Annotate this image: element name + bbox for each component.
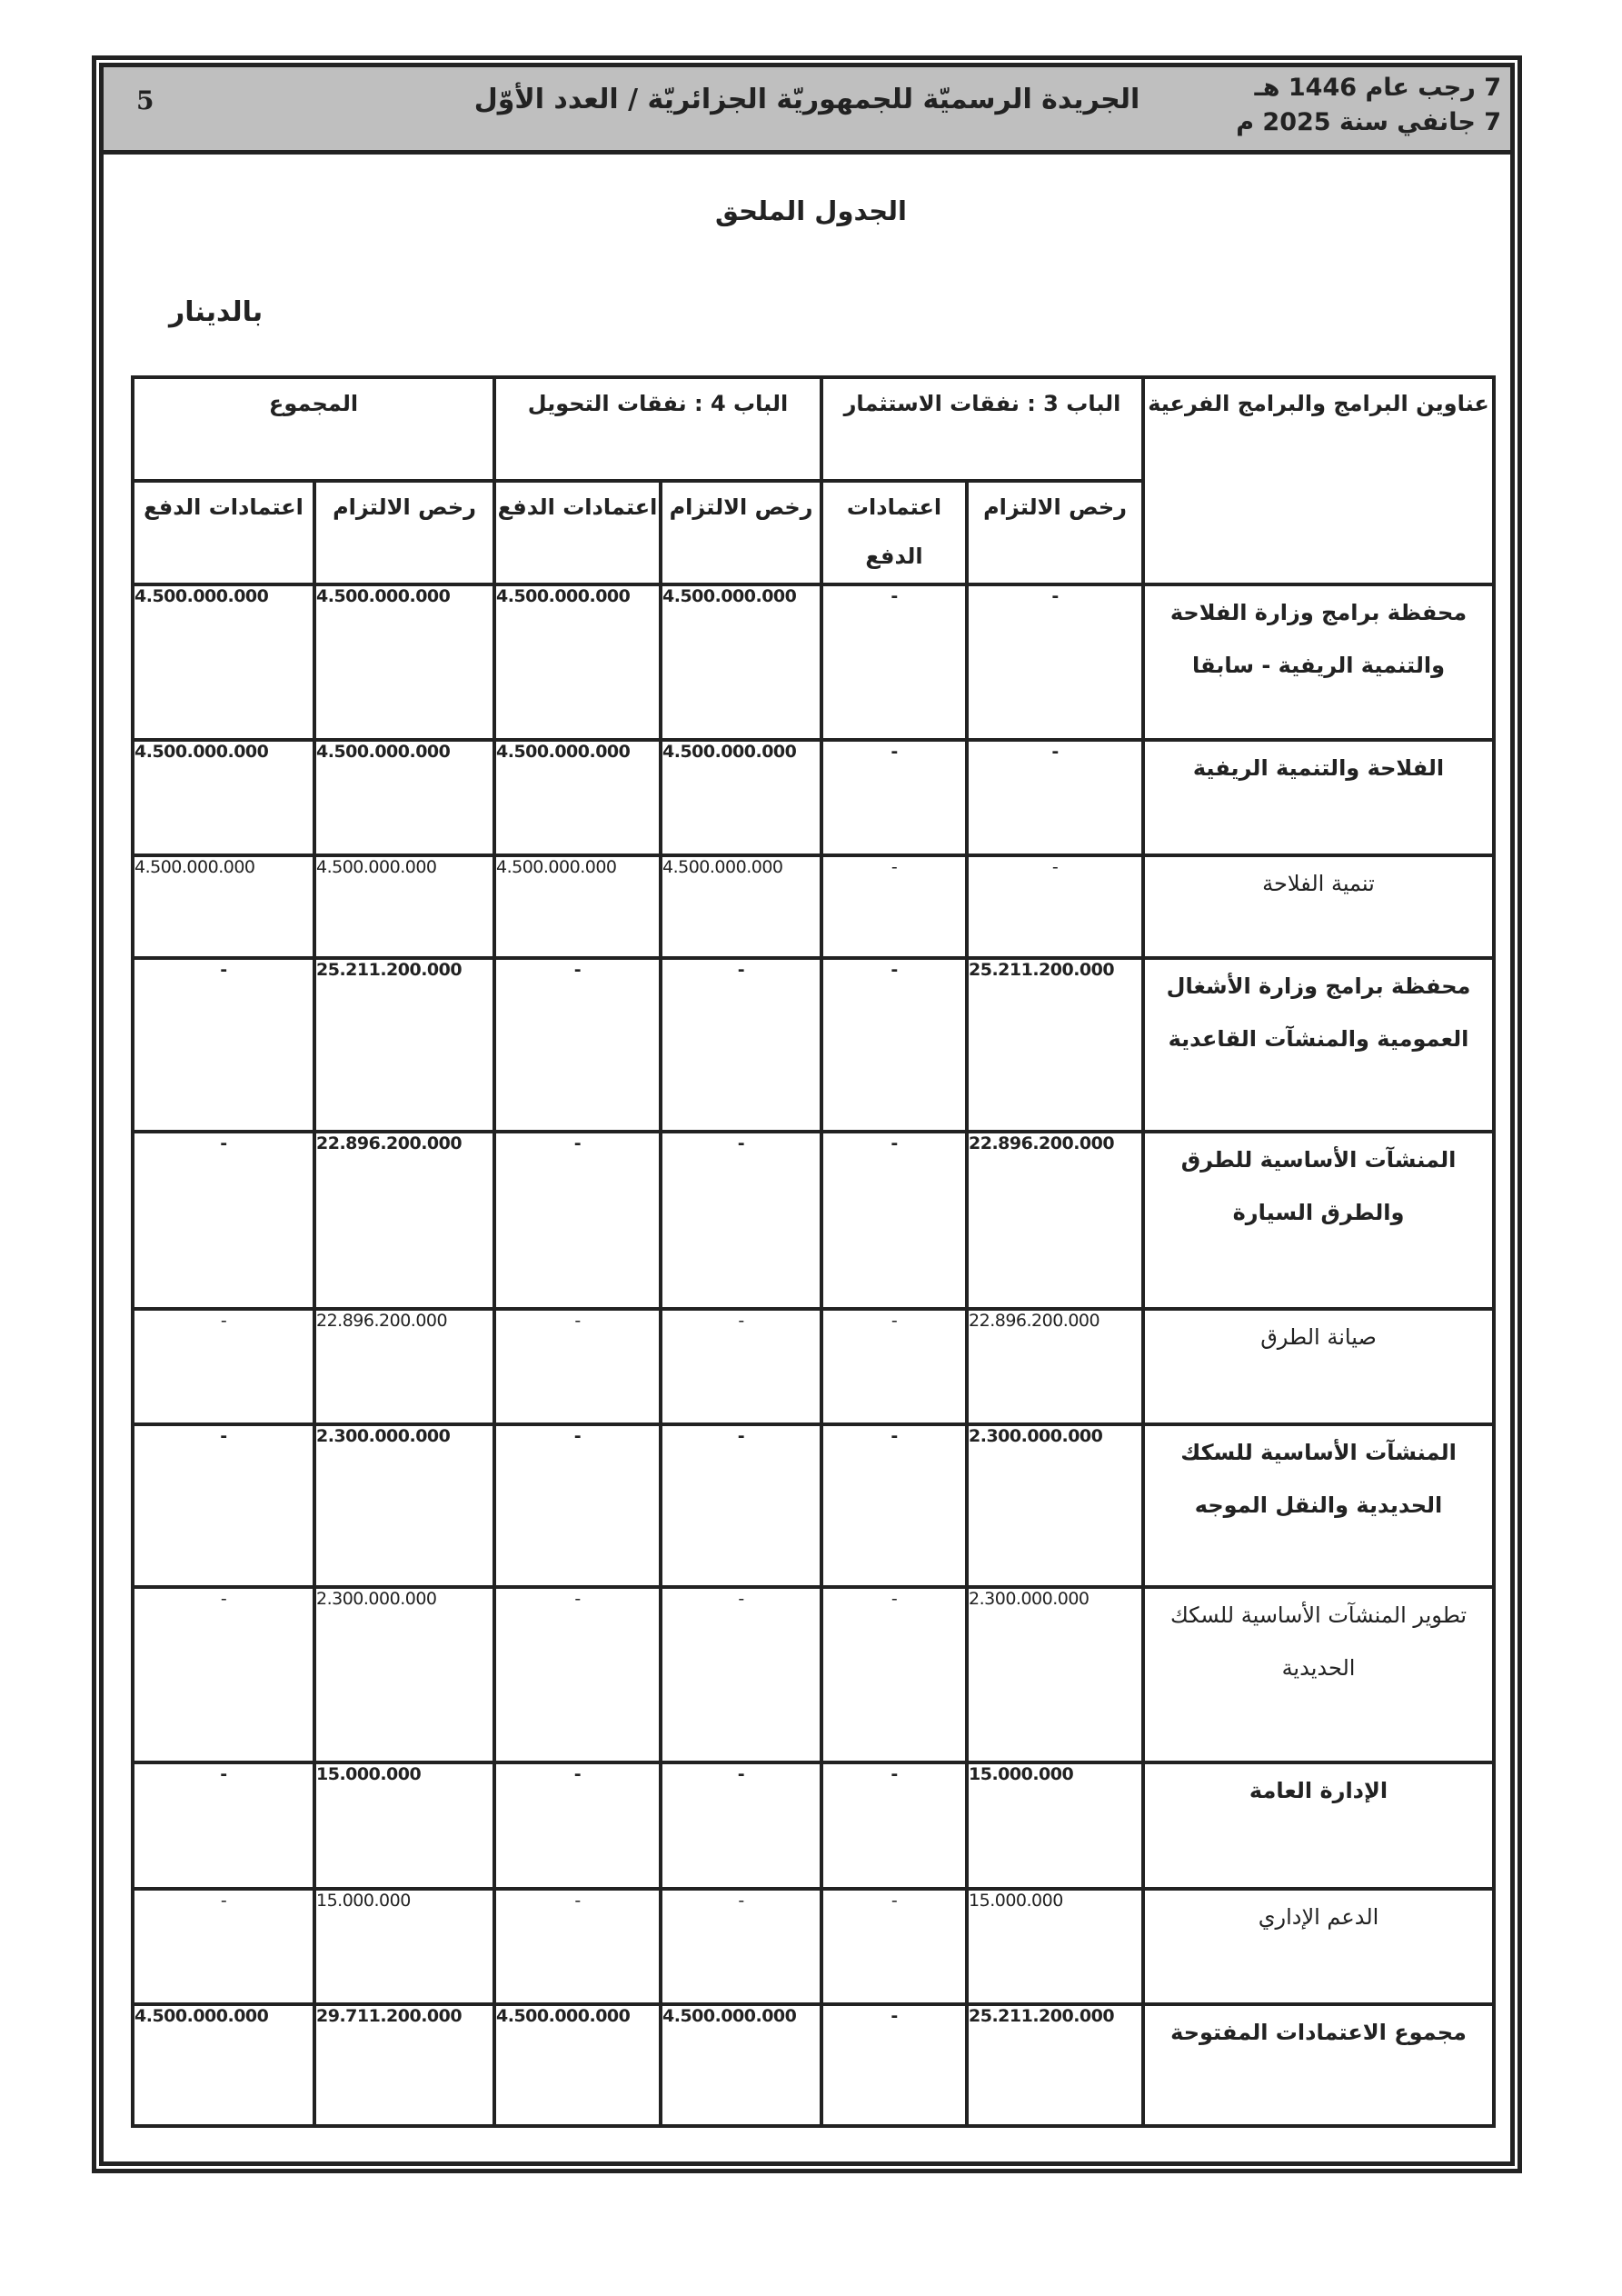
amount-cell-t3-commit: 25.211.200.000 bbox=[967, 2004, 1143, 2126]
amount-cell-t4-pay: - bbox=[494, 1587, 661, 1762]
amount-cell-total-commit: 25.211.200.000 bbox=[314, 958, 494, 1132]
amount-cell-t3-pay: - bbox=[821, 1424, 967, 1587]
amount-cell-t4-commit: 4.500.000.000 bbox=[661, 584, 821, 740]
amount-cell-t3-commit: - bbox=[967, 740, 1143, 855]
gazette-title: الجريدة الرسميّة للجمهوريّة الجزائريّة /… bbox=[104, 84, 1510, 115]
amount-cell-t3-pay: - bbox=[821, 584, 967, 740]
header-t4-payment: اعتمادات الدفع bbox=[494, 481, 661, 584]
header-total-commitment: رخص الالتزام bbox=[314, 481, 494, 584]
amount-cell-total-pay: - bbox=[133, 1309, 314, 1424]
programme-name-cell: محفظة برامج وزارة الأشغال العمومية والمن… bbox=[1143, 958, 1494, 1132]
amount-cell-total-pay: - bbox=[133, 1889, 314, 2004]
header-title3-investment: الباب 3 : نفقات الاستثمار bbox=[821, 377, 1143, 481]
amount-cell-total-commit: 15.000.000 bbox=[314, 1762, 494, 1889]
table-row: مجموع الاعتمادات المفتوحة25.211.200.000-… bbox=[133, 2004, 1494, 2126]
header-t4-commitment: رخص الالتزام bbox=[661, 481, 821, 584]
amount-cell-t3-pay: - bbox=[821, 855, 967, 958]
header-t3-commitment: رخص الالتزام bbox=[967, 481, 1143, 584]
amount-cell-t4-commit: - bbox=[661, 1762, 821, 1889]
amount-cell-t4-commit: 4.500.000.000 bbox=[661, 740, 821, 855]
amount-cell-t3-commit: - bbox=[967, 855, 1143, 958]
programme-name-cell: تطوير المنشآت الأساسية للسكك الحديدية bbox=[1143, 1587, 1494, 1762]
amount-cell-t3-pay: - bbox=[821, 2004, 967, 2126]
amount-cell-t4-pay: - bbox=[494, 1762, 661, 1889]
programme-name-cell: محفظة برامج وزارة الفلاحة والتنمية الريف… bbox=[1143, 584, 1494, 740]
amount-cell-total-commit: 4.500.000.000 bbox=[314, 855, 494, 958]
programme-name-cell: الفلاحة والتنمية الريفية bbox=[1143, 740, 1494, 855]
header-t3-payment: اعتمادات الدفع bbox=[821, 481, 967, 584]
amount-cell-t4-pay: 4.500.000.000 bbox=[494, 740, 661, 855]
header-total: المجموع bbox=[133, 377, 494, 481]
currency-unit-label: بالدينار bbox=[169, 296, 263, 328]
amount-cell-total-pay: - bbox=[133, 1132, 314, 1309]
programme-name-cell: المنشآت الأساسية للسكك الحديدية والنقل ا… bbox=[1143, 1424, 1494, 1587]
amount-cell-t4-commit: 4.500.000.000 bbox=[661, 855, 821, 958]
amount-cell-t3-commit: 22.896.200.000 bbox=[967, 1132, 1143, 1309]
amount-cell-total-commit: 2.300.000.000 bbox=[314, 1587, 494, 1762]
amount-cell-total-commit: 15.000.000 bbox=[314, 1889, 494, 2004]
table-row: محفظة برامج وزارة الأشغال العمومية والمن… bbox=[133, 958, 1494, 1132]
amount-cell-t3-commit: 25.211.200.000 bbox=[967, 958, 1143, 1132]
amount-cell-t4-commit: - bbox=[661, 1424, 821, 1587]
amount-cell-t4-pay: - bbox=[494, 1132, 661, 1309]
amount-cell-t3-commit: 15.000.000 bbox=[967, 1889, 1143, 2004]
amount-cell-total-commit: 2.300.000.000 bbox=[314, 1424, 494, 1587]
amount-cell-t3-pay: - bbox=[821, 1762, 967, 1889]
amount-cell-t4-pay: 4.500.000.000 bbox=[494, 855, 661, 958]
amount-cell-t3-pay: - bbox=[821, 740, 967, 855]
table-row: تنمية الفلاحة--4.500.000.0004.500.000.00… bbox=[133, 855, 1494, 958]
amount-cell-t4-pay: - bbox=[494, 1424, 661, 1587]
amount-cell-total-pay: 4.500.000.000 bbox=[133, 2004, 314, 2126]
programme-name-cell: الإدارة العامة bbox=[1143, 1762, 1494, 1889]
page-number: 5 bbox=[136, 85, 154, 115]
amount-cell-t4-commit: - bbox=[661, 958, 821, 1132]
amount-cell-t3-pay: - bbox=[821, 958, 967, 1132]
programme-name-cell: المنشآت الأساسية للطرق والطرق السيارة bbox=[1143, 1132, 1494, 1309]
amount-cell-total-pay: 4.500.000.000 bbox=[133, 584, 314, 740]
amount-cell-t4-pay: - bbox=[494, 1309, 661, 1424]
amount-cell-t4-commit: - bbox=[661, 1889, 821, 2004]
amount-cell-t4-pay: - bbox=[494, 1889, 661, 2004]
programme-name-cell: الدعم الإداري bbox=[1143, 1889, 1494, 2004]
amount-cell-total-pay: 4.500.000.000 bbox=[133, 740, 314, 855]
amount-cell-t4-commit: - bbox=[661, 1587, 821, 1762]
amount-cell-t3-pay: - bbox=[821, 1889, 967, 2004]
programme-name-cell: صيانة الطرق bbox=[1143, 1309, 1494, 1424]
amount-cell-t3-commit: 2.300.000.000 bbox=[967, 1587, 1143, 1762]
amount-cell-t3-commit: - bbox=[967, 584, 1143, 740]
amount-cell-total-commit: 22.896.200.000 bbox=[314, 1132, 494, 1309]
amount-cell-total-commit: 4.500.000.000 bbox=[314, 584, 494, 740]
table-row: صيانة الطرق22.896.200.000---22.896.200.0… bbox=[133, 1309, 1494, 1424]
table-row: الدعم الإداري15.000.000---15.000.000- bbox=[133, 1889, 1494, 2004]
amount-cell-t3-pay: - bbox=[821, 1132, 967, 1309]
amount-cell-t4-commit: 4.500.000.000 bbox=[661, 2004, 821, 2126]
table-row: المنشآت الأساسية للسكك الحديدية والنقل ا… bbox=[133, 1424, 1494, 1587]
amount-cell-t3-pay: - bbox=[821, 1587, 967, 1762]
amount-cell-t3-pay: - bbox=[821, 1309, 967, 1424]
table-row: الإدارة العامة15.000.000---15.000.000- bbox=[133, 1762, 1494, 1889]
amount-cell-t4-commit: - bbox=[661, 1309, 821, 1424]
amount-cell-total-commit: 4.500.000.000 bbox=[314, 740, 494, 855]
amount-cell-t4-pay: - bbox=[494, 958, 661, 1132]
amount-cell-t4-pay: 4.500.000.000 bbox=[494, 584, 661, 740]
amount-cell-total-pay: - bbox=[133, 1587, 314, 1762]
amount-cell-t3-commit: 2.300.000.000 bbox=[967, 1424, 1143, 1587]
amount-cell-total-pay: - bbox=[133, 1424, 314, 1587]
amount-cell-t4-pay: 4.500.000.000 bbox=[494, 2004, 661, 2126]
annex-title: الجدول الملحق bbox=[0, 195, 1622, 226]
amount-cell-total-pay: 4.500.000.000 bbox=[133, 855, 314, 958]
amount-cell-t3-commit: 22.896.200.000 bbox=[967, 1309, 1143, 1424]
amount-cell-total-pay: - bbox=[133, 1762, 314, 1889]
amount-cell-total-commit: 22.896.200.000 bbox=[314, 1309, 494, 1424]
amount-cell-t3-commit: 15.000.000 bbox=[967, 1762, 1143, 1889]
gazette-masthead: 7 رجب عام 1446 هـ 7 جانفي سنة 2025 م الج… bbox=[104, 67, 1510, 155]
table-row: المنشآت الأساسية للطرق والطرق السيارة22.… bbox=[133, 1132, 1494, 1309]
header-programme-titles: عناوين البرامج والبرامج الفرعية bbox=[1143, 377, 1494, 584]
amount-cell-total-pay: - bbox=[133, 958, 314, 1132]
programme-name-cell: مجموع الاعتمادات المفتوحة bbox=[1143, 2004, 1494, 2126]
table-row: الفلاحة والتنمية الريفية--4.500.000.0004… bbox=[133, 740, 1494, 855]
budget-table: عناوين البرامج والبرامج الفرعية الباب 3 … bbox=[131, 375, 1496, 2128]
table-row: محفظة برامج وزارة الفلاحة والتنمية الريف… bbox=[133, 584, 1494, 740]
programme-name-cell: تنمية الفلاحة bbox=[1143, 855, 1494, 958]
table-row: تطوير المنشآت الأساسية للسكك الحديدية2.3… bbox=[133, 1587, 1494, 1762]
amount-cell-total-commit: 29.711.200.000 bbox=[314, 2004, 494, 2126]
header-total-payment: اعتمادات الدفع bbox=[133, 481, 314, 584]
amount-cell-t4-commit: - bbox=[661, 1132, 821, 1309]
header-title4-transfer: الباب 4 : نفقات التحويل bbox=[494, 377, 821, 481]
